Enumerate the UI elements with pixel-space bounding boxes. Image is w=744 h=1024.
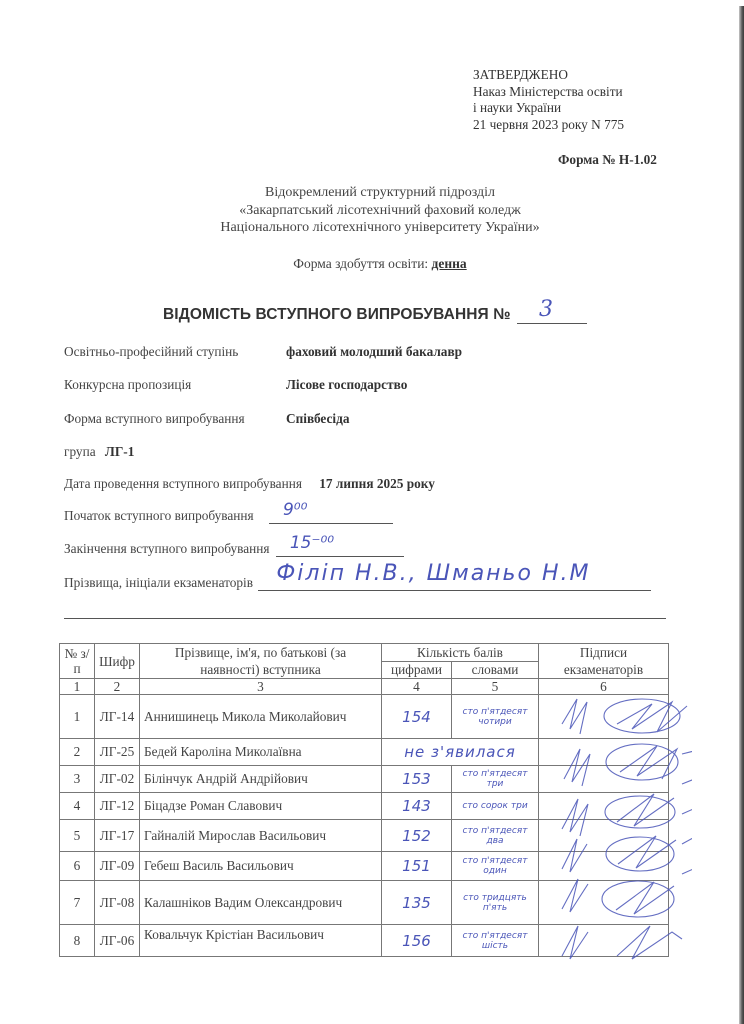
row-score-digits: 154: [382, 695, 452, 739]
row-name: Калашніков Вадим Олександрович: [140, 881, 382, 925]
row-code: ЛГ-25: [95, 739, 140, 766]
row-num: 6: [60, 852, 95, 881]
institution-line: Національного лісотехнічного університет…: [130, 219, 630, 237]
field-value: Співбесіда: [286, 411, 349, 427]
row-score-digits: 152: [382, 820, 452, 852]
row-absent-note: не з'явилася: [382, 739, 539, 766]
header-digits: цифрами: [382, 661, 452, 679]
field-start: Початок вступного випробування 9⁰⁰: [64, 508, 393, 524]
document-title: ВІДОМІСТЬ ВСТУПНОГО ВИПРОБУВАННЯ № 3: [163, 306, 587, 324]
field-competition: Конкурсна пропозиція Лісове господарство: [64, 377, 191, 393]
row-code: ЛГ-17: [95, 820, 140, 852]
education-form-label: Форма здобуття освіти:: [293, 256, 431, 271]
column-number: 3: [140, 679, 382, 695]
column-number: 2: [95, 679, 140, 695]
field-end: Закінчення вступного випробування 15⁻⁰⁰: [64, 541, 404, 557]
row-score-words: сто п'ятдесят два: [452, 820, 539, 852]
approval-line: Наказ Міністерства освіти: [473, 84, 624, 101]
row-name: Ковальчук Крістіан Васильович: [140, 925, 382, 957]
approval-line: ЗАТВЕРДЖЕНО: [473, 67, 624, 84]
approval-line: і науки України: [473, 100, 624, 117]
scan-edge: [739, 6, 744, 1024]
institution-line: «Закарпатський лісотехнічний фаховий кол…: [130, 202, 630, 220]
field-examiners: Прізвища, ініціали екзаменаторів Філіп Н…: [64, 575, 651, 591]
row-score-digits: 143: [382, 793, 452, 820]
row-score-words: сто п'ятдесят три: [452, 766, 539, 793]
title-number-blank: 3: [517, 307, 587, 324]
institution-name: Відокремлений структурний підрозділ «Зак…: [130, 184, 630, 237]
header-num: № з/п: [60, 644, 95, 679]
row-name: Гайналій Мирослав Васильович: [140, 820, 382, 852]
row-score-digits: 153: [382, 766, 452, 793]
row-score-words: сто п'ятдесят шість: [452, 925, 539, 957]
column-number: 4: [382, 679, 452, 695]
row-score-words: сто п'ятдесят чотири: [452, 695, 539, 739]
row-num: 2: [60, 739, 95, 766]
start-time-blank: 9⁰⁰: [269, 508, 393, 524]
row-code: ЛГ-08: [95, 881, 140, 925]
header-name: Прізвище, ім'я, по батькові (за наявност…: [140, 644, 382, 679]
field-label: Освітньо-професійний ступінь: [64, 344, 238, 359]
field-label: Конкурсна пропозиція: [64, 377, 191, 392]
header-score: Кількість балів: [382, 644, 539, 662]
column-number: 6: [539, 679, 669, 695]
header-code: Шифр: [95, 644, 140, 679]
row-score-words: сто тридцять п'ять: [452, 881, 539, 925]
field-value: Лісове господарство: [286, 377, 407, 393]
field-group: група ЛГ-1: [64, 444, 134, 460]
row-code: ЛГ-02: [95, 766, 140, 793]
form-number: Форма № Н-1.02: [558, 152, 657, 168]
start-time-handwritten: 9⁰⁰: [283, 500, 307, 520]
examiners-handwritten: Філіп Н.В., Шманьо Н.М: [276, 561, 590, 586]
row-score-words: сто п'ятдесят один: [452, 852, 539, 881]
field-label: Початок вступного випробування: [64, 508, 254, 523]
row-name: Біцадзе Роман Славович: [140, 793, 382, 820]
row-num: 1: [60, 695, 95, 739]
row-code: ЛГ-06: [95, 925, 140, 957]
column-number: 5: [452, 679, 539, 695]
field-label: Форма вступного випробування: [64, 411, 245, 426]
field-degree: Освітньо-професійний ступінь фаховий мол…: [64, 344, 238, 360]
field-label: група: [64, 444, 96, 459]
row-name: Гебеш Василь Васильович: [140, 852, 382, 881]
row-num: 7: [60, 881, 95, 925]
examiners-continuation-line: [64, 618, 666, 619]
row-num: 3: [60, 766, 95, 793]
field-exam-form: Форма вступного випробування Співбесіда: [64, 411, 245, 427]
row-score-digits: 156: [382, 925, 452, 957]
row-name: Бедей Кароліна Миколаївна: [140, 739, 382, 766]
row-num: 4: [60, 793, 95, 820]
field-date: Дата проведення вступного випробування 1…: [64, 476, 435, 492]
row-code: ЛГ-14: [95, 695, 140, 739]
row-score-digits: 151: [382, 852, 452, 881]
row-score-digits: 135: [382, 881, 452, 925]
row-name: Білінчук Андрій Андрійович: [140, 766, 382, 793]
approval-line: 21 червня 2023 року N 775: [473, 117, 624, 134]
row-num: 8: [60, 925, 95, 957]
examiner-signatures-icon: [532, 694, 692, 964]
row-score-words: сто сорок три: [452, 793, 539, 820]
education-form: Форма здобуття освіти: денна: [130, 256, 630, 272]
row-code: ЛГ-12: [95, 793, 140, 820]
field-label: Прізвища, ініціали екзаменаторів: [64, 575, 253, 590]
end-time-blank: 15⁻⁰⁰: [276, 541, 404, 557]
education-form-value: денна: [432, 256, 467, 271]
row-num: 5: [60, 820, 95, 852]
field-value: 17 липня 2025 року: [319, 476, 435, 491]
title-text: ВІДОМІСТЬ ВСТУПНОГО ВИПРОБУВАННЯ №: [163, 306, 511, 323]
field-value: фаховий молодший бакалавр: [286, 344, 462, 360]
end-time-handwritten: 15⁻⁰⁰: [290, 533, 334, 553]
table-header-row: № з/п Шифр Прізвище, ім'я, по батькові (…: [60, 644, 669, 662]
header-words: словами: [452, 661, 539, 679]
approval-stamp: ЗАТВЕРДЖЕНО Наказ Міністерства освіти і …: [473, 67, 624, 133]
column-number-row: 1 2 3 4 5 6: [60, 679, 669, 695]
institution-line: Відокремлений структурний підрозділ: [130, 184, 630, 202]
field-label: Закінчення вступного випробування: [64, 541, 270, 556]
header-signatures: Підписи екзаменаторів: [539, 644, 669, 679]
examiners-blank: Філіп Н.В., Шманьо Н.М: [258, 575, 651, 591]
row-name: Аннишинець Микола Миколайович: [140, 695, 382, 739]
row-code: ЛГ-09: [95, 852, 140, 881]
field-value: ЛГ-1: [105, 444, 134, 459]
title-number-handwritten: 3: [539, 297, 553, 322]
column-number: 1: [60, 679, 95, 695]
field-label: Дата проведення вступного випробування: [64, 476, 302, 491]
